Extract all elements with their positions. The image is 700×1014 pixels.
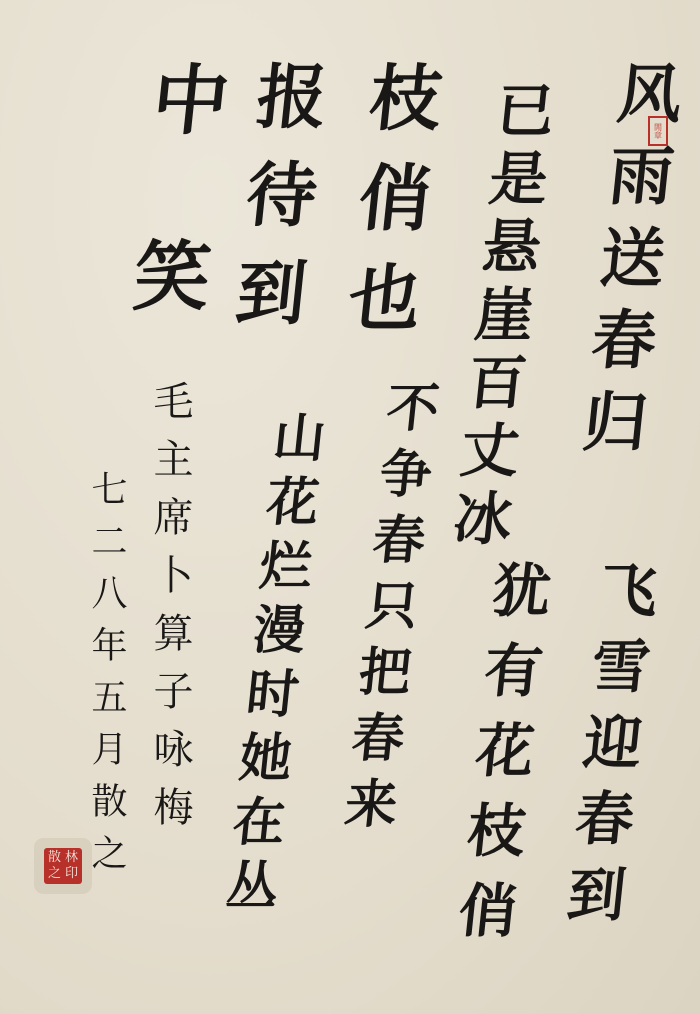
- poem-text: 犹有花枝俏: [449, 560, 549, 960]
- inscription-column: 毛主席卜算子咏梅: [150, 380, 190, 854]
- poem-text: 中笑: [114, 60, 227, 412]
- poem-column-3: 已是悬崖百丈冰: [470, 80, 528, 570]
- leisure-seal: 閒章: [648, 116, 668, 146]
- poem-text: 山花烂漫时她在丛: [217, 410, 323, 922]
- seal-char: 之: [46, 866, 63, 882]
- poem-text: 不争春只把春来: [336, 380, 437, 842]
- signature-text: 七二八年五月散之: [88, 470, 124, 886]
- poem-text: 枝俏也: [336, 60, 440, 360]
- calligraphy-scroll: 风雨送春归 飞雪迎春到 已是悬崖百丈冰 犹有花枝俏 枝俏也 不争春只把春来 报待…: [0, 0, 700, 1014]
- poem-column-2: 飞雪迎春到: [578, 560, 636, 954]
- poem-text: 报待到: [225, 60, 326, 354]
- poem-text: 已是悬崖百丈冰: [445, 80, 553, 556]
- poem-column-7: 报待到: [240, 60, 310, 368]
- poem-column-8: 山花烂漫时她在丛: [244, 410, 296, 936]
- poem-column-6: 不争春只把春来: [360, 380, 412, 856]
- signature-column: 七二八年五月散之: [88, 470, 124, 896]
- artist-name-seal: 散 林 之 印: [44, 848, 82, 884]
- poem-text: 飞雪迎春到: [558, 560, 656, 940]
- poem-column-4: 犹有花枝俏: [470, 560, 528, 974]
- seal-char: 林: [63, 850, 80, 866]
- poem-column-9: 中笑: [132, 60, 208, 426]
- poem-column-5: 枝俏也: [352, 60, 424, 374]
- inscription-text: 毛主席卜算子咏梅: [150, 380, 190, 844]
- seal-char: 散: [46, 850, 63, 866]
- seal-char: 印: [63, 866, 80, 882]
